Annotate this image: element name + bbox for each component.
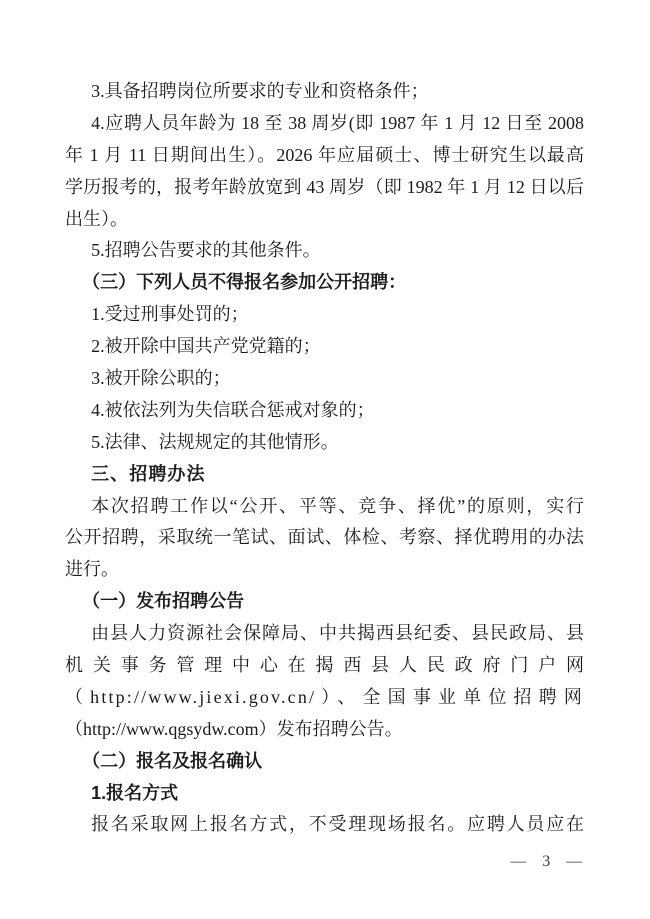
text-line: 进行。	[65, 554, 584, 586]
text-line: （http://www.qgsydw.com）发布招聘公告。	[65, 714, 584, 746]
text-line: 三、招聘办法	[65, 459, 584, 491]
text-line: 1.报名方式	[65, 778, 584, 810]
page-number: — 3 —	[510, 851, 584, 873]
text-line: 5.招聘公告要求的其他条件。	[65, 235, 584, 267]
text-line: 学历报考的，报考年龄放宽到 43 周岁（即 1982 年 1 月 12 日以后	[65, 172, 584, 204]
text-line: 年 1 月 11 日期间出生）。2026 年应届硕士、博士研究生以最高	[65, 140, 584, 172]
text-line: 由县人力资源社会保障局、中共揭西县纪委、县民政局、县	[65, 618, 584, 650]
text-line: 2.被开除中国共产党党籍的；	[65, 331, 584, 363]
text-line: 公开招聘，采取统一笔试、面试、体检、考察、择优聘用的办法	[65, 522, 584, 554]
text-line: 3.被开除公职的；	[65, 363, 584, 395]
text-line: 5.法律、法规规定的其他情形。	[65, 427, 584, 459]
document-page: 3.具备招聘岗位所要求的专业和资格条件；4.应聘人员年龄为 18 至 38 周岁…	[0, 0, 650, 919]
text-line: 4.被依法列为失信联合惩戒对象的；	[65, 395, 584, 427]
text-line: 3.具备招聘岗位所要求的专业和资格条件；	[65, 76, 584, 108]
text-line: 出生）。	[65, 204, 584, 236]
text-line: 报名采取网上报名方式，不受理现场报名。应聘人员应在	[65, 809, 584, 841]
document-body: 3.具备招聘岗位所要求的专业和资格条件；4.应聘人员年龄为 18 至 38 周岁…	[65, 76, 584, 841]
text-line: （一）发布招聘公告	[65, 586, 584, 618]
text-line: 机关事务管理中心在揭西县人民政府门户网	[65, 650, 584, 682]
text-line: 4.应聘人员年龄为 18 至 38 周岁(即 1987 年 1 月 12 日至 …	[65, 108, 584, 140]
text-line: 本次招聘工作以“公开、平等、竞争、择优”的原则，实行	[65, 491, 584, 523]
text-line: （三）下列人员不得报名参加公开招聘：	[65, 267, 584, 299]
text-line: （http://www.jiexi.gov.cn/）、全国事业单位招聘网	[65, 682, 584, 714]
text-line: 1.受过刑事处罚的；	[65, 299, 584, 331]
text-line: （二）报名及报名确认	[65, 746, 584, 778]
